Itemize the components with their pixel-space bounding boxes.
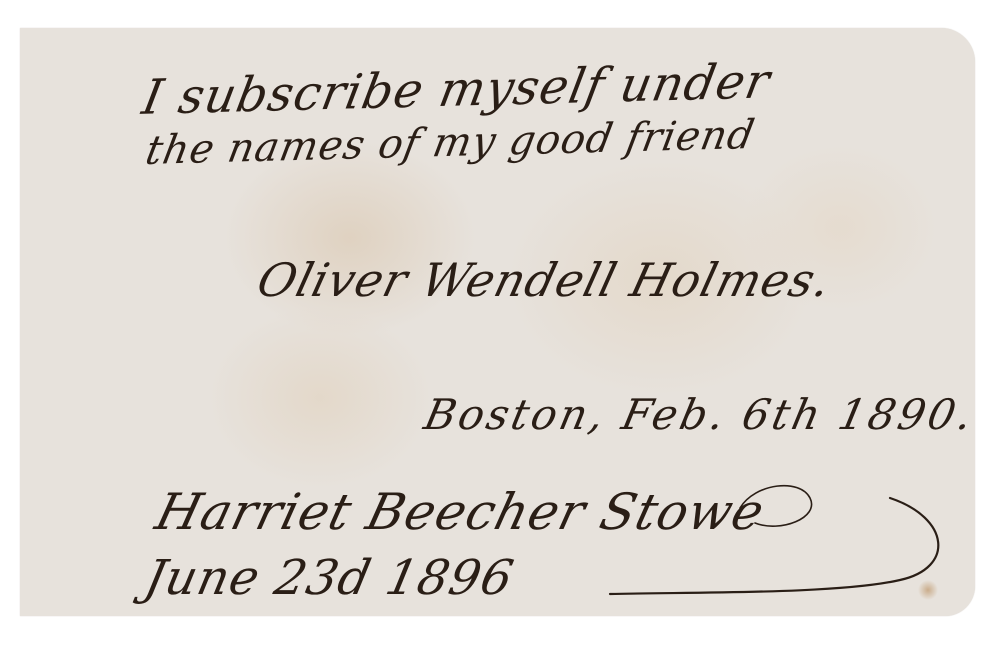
place-date-line: Boston, Feb. 6th 1890. [420,390,975,439]
holmes-name: Oliver Wendell Holmes. [252,253,837,307]
autograph-card: I subscribe myself under the names of my… [20,28,975,616]
stowe-date: June 23d 1896 [140,550,519,606]
stowe-signature: Harriet Beecher Stowe [150,483,771,541]
